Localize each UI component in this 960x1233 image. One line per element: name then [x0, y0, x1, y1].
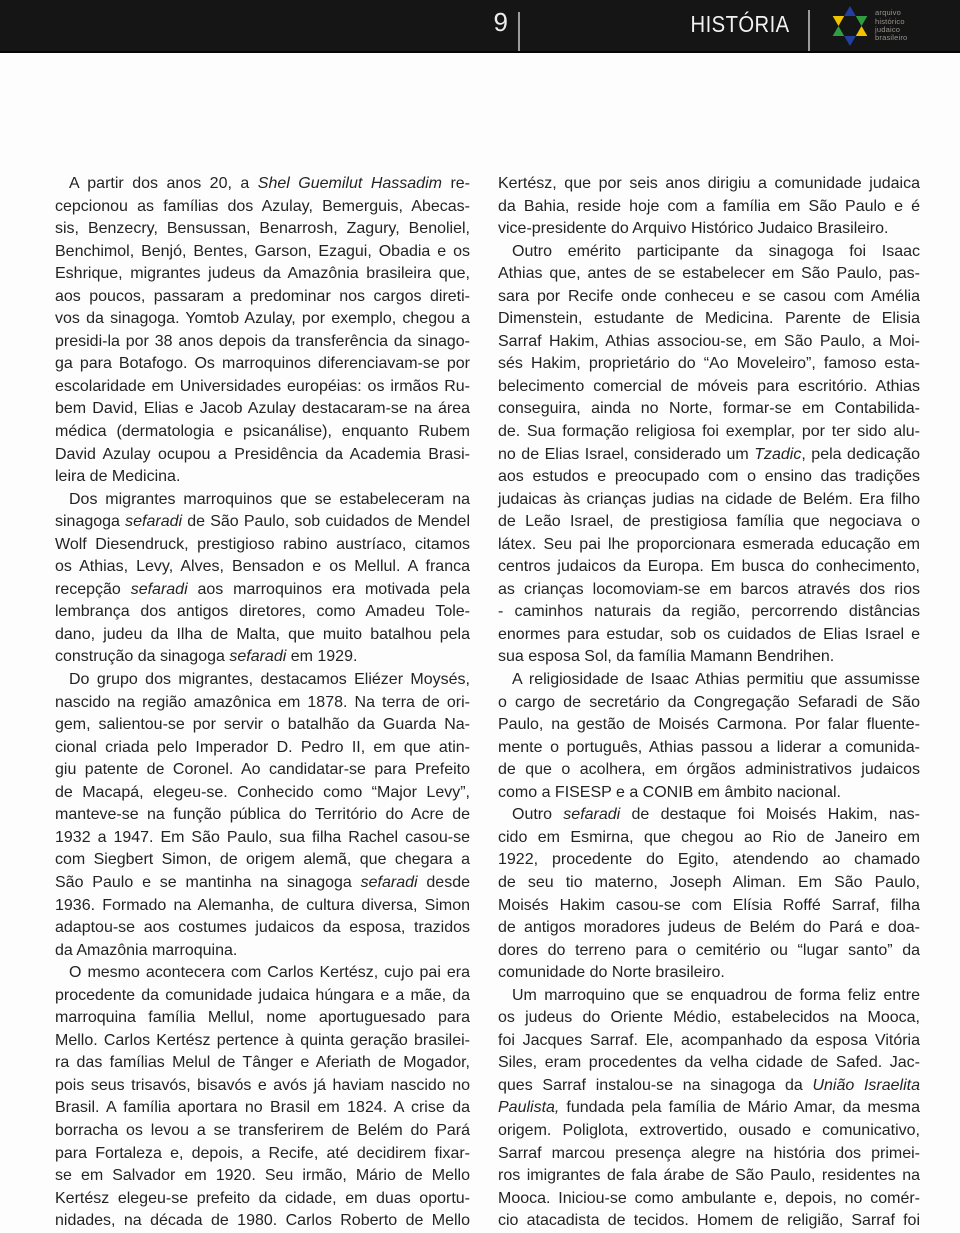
text-line: recepção sefaradi aos marroquinos era mo…	[55, 579, 470, 602]
text-line: gem, salientou-se por servir o batalhão …	[55, 714, 470, 737]
text-line: presidi-la por 38 anos depois da transfe…	[55, 331, 470, 354]
text-line: comunidade do Norte brasileiro.	[498, 962, 920, 985]
text-line: borracha os levou a se transferirem de B…	[55, 1120, 470, 1143]
text-line: bem David, Elias e Jacob Azulay destacar…	[55, 398, 470, 421]
text-line: da Amazônia marroquina.	[55, 940, 470, 963]
text-line: adaptou-se aos costumes judaicos da espo…	[55, 917, 470, 940]
text-line: Wolf Diesendruck, prestigioso rabino aus…	[55, 534, 470, 557]
text-line: de. Sua formação religiosa foi exemplar,…	[498, 421, 920, 444]
star-of-david-icon	[830, 4, 870, 48]
header-divider	[518, 12, 520, 51]
text-line: Dimenstein, estudante de Medicina. Paren…	[498, 308, 920, 331]
text-line: centros judaicos da Europa. Em busca do …	[498, 556, 920, 579]
text-line: mente o português, Athias passou a lider…	[498, 737, 920, 760]
text-line: judaicas às crianças judias na cidade de…	[498, 489, 920, 512]
text-line: os judeus do Oriente Médio, estabelecido…	[498, 1007, 920, 1030]
text-line: de Leão Israel, de prestigiosa família q…	[498, 511, 920, 534]
text-line: dano, judeu da Ilha de Malta, que muito …	[55, 624, 470, 647]
text-line: cio atacadista de tecidos. Homem de reli…	[498, 1210, 920, 1233]
text-line: Sarraf Hakim, Athias associou-se, em São…	[498, 331, 920, 354]
text-line: marroquina família Mellul, nome aportugu…	[55, 1007, 470, 1030]
text-line: sis, Benzecry, Bensussan, Benarrosh, Zag…	[55, 218, 470, 241]
text-line: aos estudos e preocupado com o ensino da…	[498, 466, 920, 489]
text-line: cional criada pelo Imperador D. Pedro II…	[55, 737, 470, 760]
text-line: São Paulo e se mantinha na sinagoga sefa…	[55, 872, 470, 895]
text-line: látex. Seu pai lhe proporcionara esmerad…	[498, 534, 920, 557]
text-line: Um marroquino que se enquadrou de forma …	[498, 985, 920, 1008]
text-line: para Fortaleza e, depois, a Recife, até …	[55, 1143, 470, 1166]
article-column-left: A partir dos anos 20, a Shel Guemilut Ha…	[55, 173, 470, 1233]
text-line: Paulista, fundada pela família de Mário …	[498, 1097, 920, 1120]
text-line: médica (dermatologia e psicanálise), enq…	[55, 421, 470, 444]
text-line: vos da sinagoga. Yomtob Azulay, por exem…	[55, 308, 470, 331]
ahjb-logo: arquivo histórico judaico brasileiro	[830, 4, 907, 48]
text-line: Mooca. Iniciou-se como ambulante e, depo…	[498, 1188, 920, 1211]
text-line: de seu tio materno, Joseph Aliman. Em Sã…	[498, 872, 920, 895]
text-line: ques Sarraf instalou-se na sinagoga da U…	[498, 1075, 920, 1098]
text-line: - caminhos naturais da região, percorren…	[498, 601, 920, 624]
text-line: Outro sefaradi de destaque foi Moisés Ha…	[498, 804, 920, 827]
text-line: A religiosidade de Isaac Athias permitiu…	[498, 669, 920, 692]
text-line: pois seus trisavós, bisavós e avós já ha…	[55, 1075, 470, 1098]
page-number: 9	[494, 9, 508, 35]
text-line: de que o acolhera, em órgãos administrat…	[498, 759, 920, 782]
text-line: Benchimol, Benjó, Bentes, Garson, Ezagui…	[55, 241, 470, 264]
text-line: cido em Esmirna, que chegou ao Rio de Ja…	[498, 827, 920, 850]
text-line: o cargo de secretário da Congregação Sef…	[498, 692, 920, 715]
text-line: 1932 a 1947. Em São Paulo, sua filha Rac…	[55, 827, 470, 850]
text-line: sara por Recife onde conheceu e se casou…	[498, 286, 920, 309]
text-line: Athias que, antes de se estabelecer em S…	[498, 263, 920, 286]
text-line: como a FISESP e a CONIB em âmbito nacion…	[498, 782, 920, 805]
article-body: A partir dos anos 20, a Shel Guemilut Ha…	[0, 173, 960, 1233]
logo-word: brasileiro	[875, 34, 907, 42]
text-line: Dos migrantes marroquinos que se estabel…	[55, 489, 470, 512]
text-line: leira de Medicina.	[55, 466, 470, 489]
text-line: da Bahia, reside hoje com a família em S…	[498, 196, 920, 219]
text-line: sés Hakim, proprietário do “Ao Moveleiro…	[498, 353, 920, 376]
page-header: 9 HISTÓRIA arquivo histórico judaico bra…	[0, 0, 960, 53]
text-line: Outro emérito participante da sinagoga f…	[498, 241, 920, 264]
text-line: Sarraf marcou presença alegre na históri…	[498, 1143, 920, 1166]
text-line: foi Jacques Sarraf. Ele, acompanhado da …	[498, 1030, 920, 1053]
text-line: giu patente de Coronel. Ao candidatar-se…	[55, 759, 470, 782]
text-line: Kertész, que por seis anos dirigiu a com…	[498, 173, 920, 196]
text-line: se em Salvador em 1920. Seu irmão, Mário…	[55, 1165, 470, 1188]
text-line: lembrança dos antigos diretores, como Am…	[55, 601, 470, 624]
text-line: Brasil. A família aportara no Brasil em …	[55, 1097, 470, 1120]
text-line: ga para Botafogo. Os marroquinos diferen…	[55, 353, 470, 376]
text-line: ros imigrantes de fala árabe de São Paul…	[498, 1165, 920, 1188]
article-column-right: Kertész, que por seis anos dirigiu a com…	[498, 173, 920, 1233]
text-line: belecimento comercial de móveis para esc…	[498, 376, 920, 399]
text-line: com Siegbert Simon, de origem alemã, que…	[55, 849, 470, 872]
text-line: nidades, na década de 1980. Carlos Rober…	[55, 1210, 470, 1233]
text-line: as crianças locomoviam-se em barcos atra…	[498, 579, 920, 602]
section-title: HISTÓRIA	[691, 13, 790, 36]
text-line: A partir dos anos 20, a Shel Guemilut Ha…	[55, 173, 470, 196]
logo-wordmark: arquivo histórico judaico brasileiro	[875, 9, 907, 42]
text-line: 1922, procedente do Egito, atendendo ao …	[498, 849, 920, 872]
text-line: Do grupo dos migrantes, destacamos Eliéz…	[55, 669, 470, 692]
text-line: conseguira, ainda no Norte, formar-se em…	[498, 398, 920, 421]
text-line: cepcionou as famílias dos Azulay, Bemerg…	[55, 196, 470, 219]
text-line: sua esposa Sol, da família Mamann Bendri…	[498, 646, 920, 669]
text-line: Moisés Hakim casou-se com Elísia Roffé S…	[498, 895, 920, 918]
text-line: 1936. Formado na Alemanha, de cultura di…	[55, 895, 470, 918]
text-line: aos poucos, passaram a predominar nos ca…	[55, 286, 470, 309]
text-line: os Athias, Levy, Alves, Bensadon e os Me…	[55, 556, 470, 579]
text-line: no de Elias Israel, considerado um Tzadi…	[498, 444, 920, 467]
text-line: vice-presidente do Arquivo Histórico Jud…	[498, 218, 920, 241]
header-divider	[808, 10, 810, 51]
text-line: escolaridade em Universidades européias:…	[55, 376, 470, 399]
text-line: dores do terreno para o cemitério ou “lu…	[498, 940, 920, 963]
text-line: Siles, eram procedentes da velha cidade …	[498, 1052, 920, 1075]
text-line: procedente da comunidade judaica húngara…	[55, 985, 470, 1008]
text-line: Eshrique, migrantes judeus da Amazônia b…	[55, 263, 470, 286]
text-line: origem. Poliglota, extrovertido, ousado …	[498, 1120, 920, 1143]
text-line: David Azulay ocupou a Presidência da Aca…	[55, 444, 470, 467]
text-line: nascido na região amazônica em 1878. Na …	[55, 692, 470, 715]
text-line: sinagoga sefaradi de São Paulo, sob cuid…	[55, 511, 470, 534]
text-line: ra das famílias Melul de Tânger e Aferia…	[55, 1052, 470, 1075]
text-line: Paulo, na gestão de Moisés Carmona. Por …	[498, 714, 920, 737]
text-line: enormes para estudar, sob os cuidados de…	[498, 624, 920, 647]
text-line: manteve-se na função pública do Territór…	[55, 804, 470, 827]
text-line: de antigos moradores judeus de Belém do …	[498, 917, 920, 940]
text-line: de Macapá, elegeu-se. Conhecido como “Ma…	[55, 782, 470, 805]
text-line: construção da sinagoga sefaradi em 1929.	[55, 646, 470, 669]
text-line: O mesmo acontecera com Carlos Kertész, c…	[55, 962, 470, 985]
text-line: Mello. Carlos Kertész pertence à quinta …	[55, 1030, 470, 1053]
text-line: Kertész elegeu-se prefeito da cidade, em…	[55, 1188, 470, 1211]
